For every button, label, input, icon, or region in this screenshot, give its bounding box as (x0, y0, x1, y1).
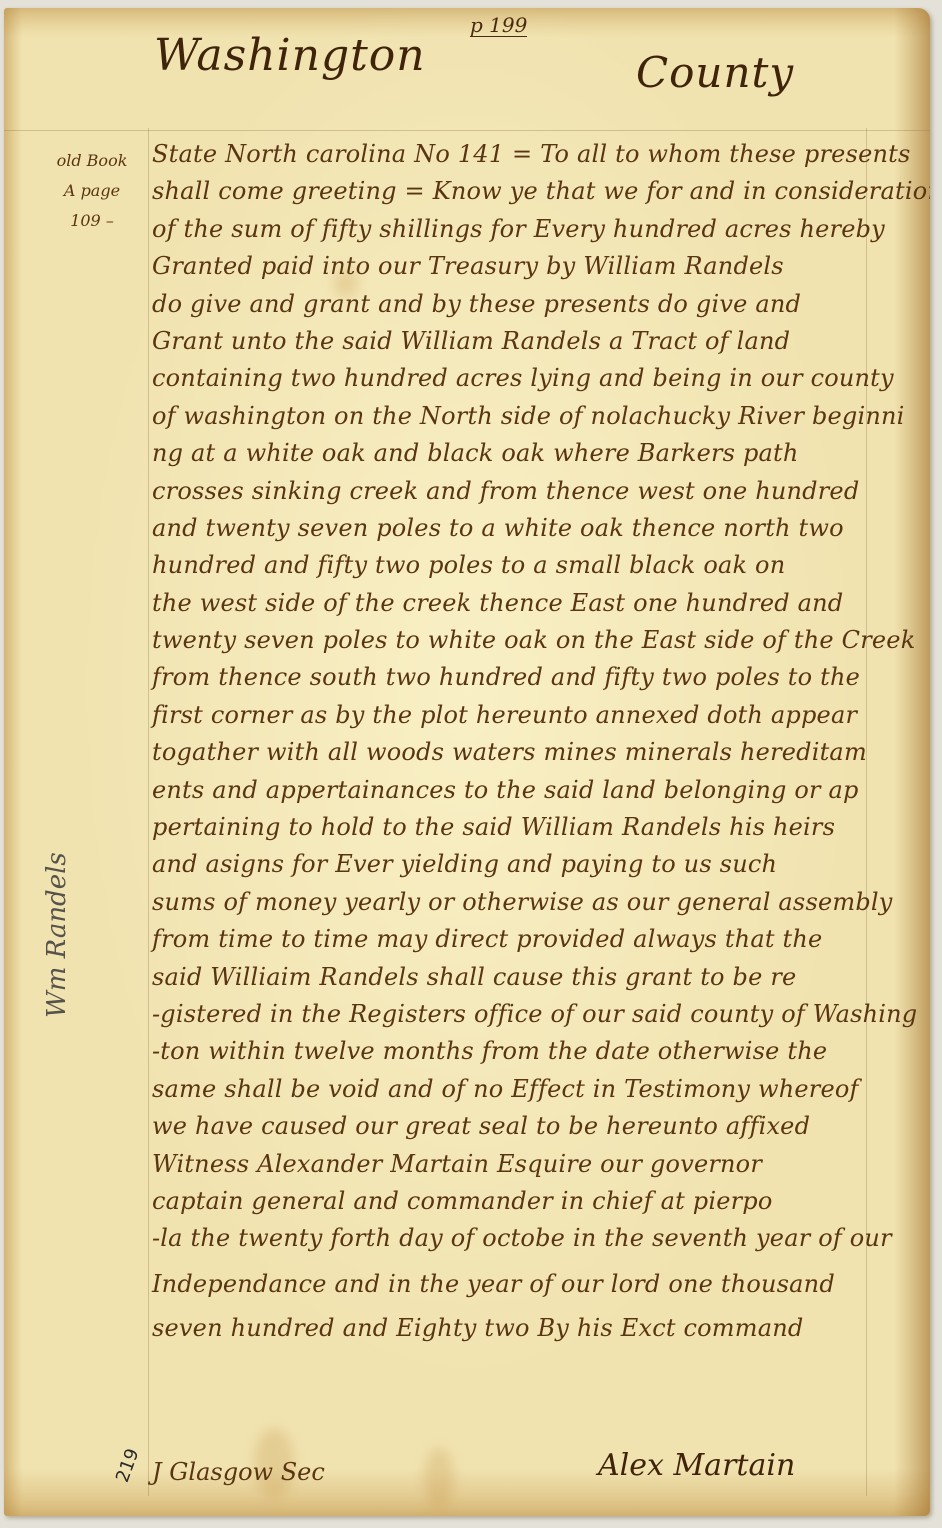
text-line: and asigns for Ever yielding and paying … (152, 846, 922, 883)
county-name-heading: Washington (154, 30, 426, 81)
text-line: seven hundred and Eighty two By his Exct… (152, 1310, 922, 1347)
text-line: we have caused our great seal to be here… (152, 1108, 922, 1145)
header-rule (4, 130, 930, 131)
text-line: captain general and commander in chief a… (152, 1183, 922, 1220)
text-line: and twenty seven poles to a white oak th… (152, 510, 922, 547)
pencil-page-number: 219 (112, 1446, 143, 1485)
text-line: Witness Alexander Martain Esquire our go… (152, 1146, 922, 1183)
text-line: State North carolina No 141 = To all to … (152, 136, 922, 173)
text-line: sums of money yearly or otherwise as our… (152, 884, 922, 921)
grant-text-body: State North carolina No 141 = To all to … (152, 136, 922, 1347)
secretary-signature: J Glasgow Sec (152, 1458, 325, 1486)
county-label-heading: County (636, 48, 794, 97)
text-line: of the sum of fifty shillings for Every … (152, 211, 922, 248)
text-line: -gistered in the Registers office of our… (152, 996, 922, 1033)
text-line: ng at a white oak and black oak where Ba… (152, 435, 922, 472)
text-line: Granted paid into our Treasury by Willia… (152, 248, 922, 285)
text-line: -ton within twelve months from the date … (152, 1033, 922, 1070)
text-line: hundred and fifty two poles to a small b… (152, 547, 922, 584)
text-line: pertaining to hold to the said William R… (152, 809, 922, 846)
page-reference: p 199 (470, 14, 527, 37)
text-line: from time to time may direct provided al… (152, 921, 922, 958)
old-book-reference-note: old Book A page 109 – (46, 146, 138, 236)
margin-note-line: old Book (46, 146, 138, 176)
text-line: ents and appertainances to the said land… (152, 772, 922, 809)
document-scan: p 199 Washington County old Book A page … (0, 0, 942, 1528)
text-line: twenty seven poles to white oak on the E… (152, 622, 922, 659)
text-line: Independance and in the year of our lord… (152, 1258, 922, 1310)
pencil-grantee-name: Wm Randels (42, 852, 72, 1018)
text-line: of washington on the North side of nolac… (152, 398, 922, 435)
text-line: Grant unto the said William Randels a Tr… (152, 323, 922, 360)
manuscript-page: p 199 Washington County old Book A page … (4, 8, 930, 1516)
text-line: said Williaim Randels shall cause this g… (152, 959, 922, 996)
text-line: containing two hundred acres lying and b… (152, 360, 922, 397)
margin-note-line: 109 – (46, 206, 138, 236)
text-line: same shall be void and of no Effect in T… (152, 1071, 922, 1108)
text-line: first corner as by the plot hereunto ann… (152, 697, 922, 734)
governor-signature: Alex Martain (598, 1448, 795, 1483)
text-line: from thence south two hundred and fifty … (152, 659, 922, 696)
text-line: crosses sinking creek and from thence we… (152, 473, 922, 510)
text-line: do give and grant and by these presents … (152, 286, 922, 323)
margin-note-line: A page (46, 176, 138, 206)
margin-rule (148, 128, 149, 1496)
text-line: -la the twenty forth day of octobe in th… (152, 1220, 922, 1257)
text-line: togather with all woods waters mines min… (152, 734, 922, 771)
text-line: shall come greeting = Know ye that we fo… (152, 173, 922, 210)
text-line: the west side of the creek thence East o… (152, 585, 922, 622)
stain (424, 1448, 454, 1508)
